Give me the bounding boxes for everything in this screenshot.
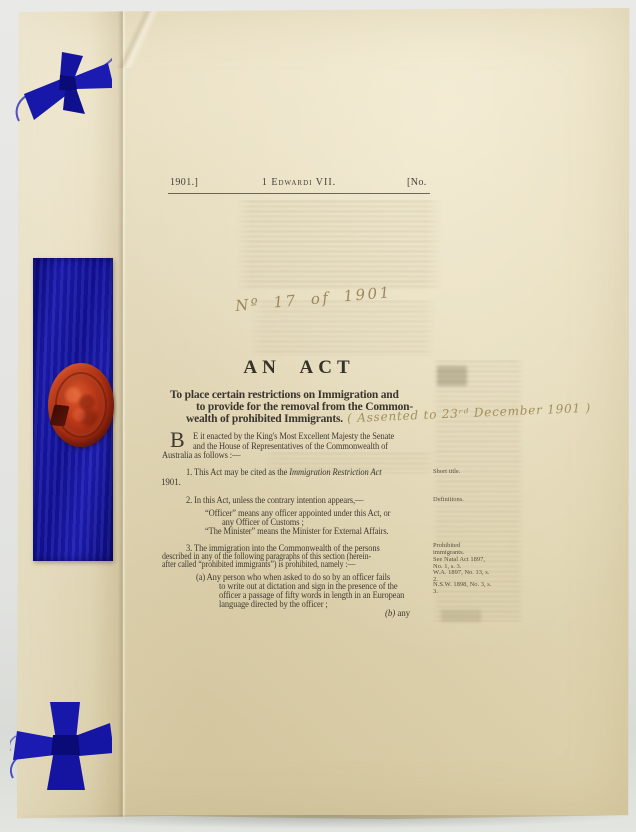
enacting-line: E it enacted by the King's Most Excellen… bbox=[193, 431, 394, 441]
fold-line bbox=[123, 8, 126, 820]
enacting-line: Australia as follows :— bbox=[162, 450, 240, 460]
act-title: AN ACT bbox=[170, 357, 428, 379]
section-1-line: 1. This Act may be cited as the Immigrat… bbox=[186, 467, 382, 477]
header-regnal-title: 1 Edwardi VII. bbox=[170, 177, 428, 188]
header-rule bbox=[168, 193, 430, 194]
enacting-dropcap: B bbox=[170, 430, 185, 450]
margin-note-short-title: Short title. bbox=[433, 469, 513, 476]
blue-ribbon-band bbox=[33, 258, 113, 561]
pencil-mark bbox=[7, 25, 18, 37]
section-1-line: 1901. bbox=[161, 477, 181, 487]
definition-line: “The Minister” means the Minister for Ex… bbox=[205, 526, 389, 536]
paragraph-a-line: language directed by the officer ; bbox=[219, 599, 328, 609]
header-number: [No. bbox=[407, 177, 427, 188]
red-wax-seal bbox=[48, 363, 114, 447]
margin-note-definitions: Definitions. bbox=[433, 497, 513, 504]
catchword: (b) any bbox=[385, 608, 410, 618]
section-1-text: 1. This Act may be cited as the bbox=[186, 467, 289, 477]
margin-note-prohibited-immigrants: Prohibited immigrants. bbox=[433, 543, 489, 557]
document-photo: { "page": { "header": { "year_left": "19… bbox=[0, 0, 636, 832]
long-title-line: wealth of prohibited Immigrants. bbox=[186, 413, 343, 425]
bleed-through-smudge bbox=[437, 366, 467, 386]
bleed-through-smudge bbox=[441, 610, 481, 622]
seal-notch bbox=[49, 405, 69, 427]
catchword-letter: (b) bbox=[385, 608, 395, 618]
ribbon-bow-bottom bbox=[10, 698, 112, 792]
section-3-line: after called “prohibited immigrants”) is… bbox=[162, 559, 355, 569]
page-shadow bbox=[10, 815, 634, 829]
cited-act-name: Immigration Restriction Act bbox=[289, 467, 381, 477]
ribbon-bow-top bbox=[12, 50, 112, 134]
margin-note-nsw-act: N.S.W. 1898, No. 3, s. 3. bbox=[433, 582, 495, 596]
long-title-line: To place certain restrictions on Immigra… bbox=[170, 389, 399, 401]
section-2-line: 2. In this Act, unless the contrary inte… bbox=[186, 495, 363, 505]
catchword-word: any bbox=[397, 608, 410, 618]
bleed-through-text bbox=[235, 200, 443, 290]
